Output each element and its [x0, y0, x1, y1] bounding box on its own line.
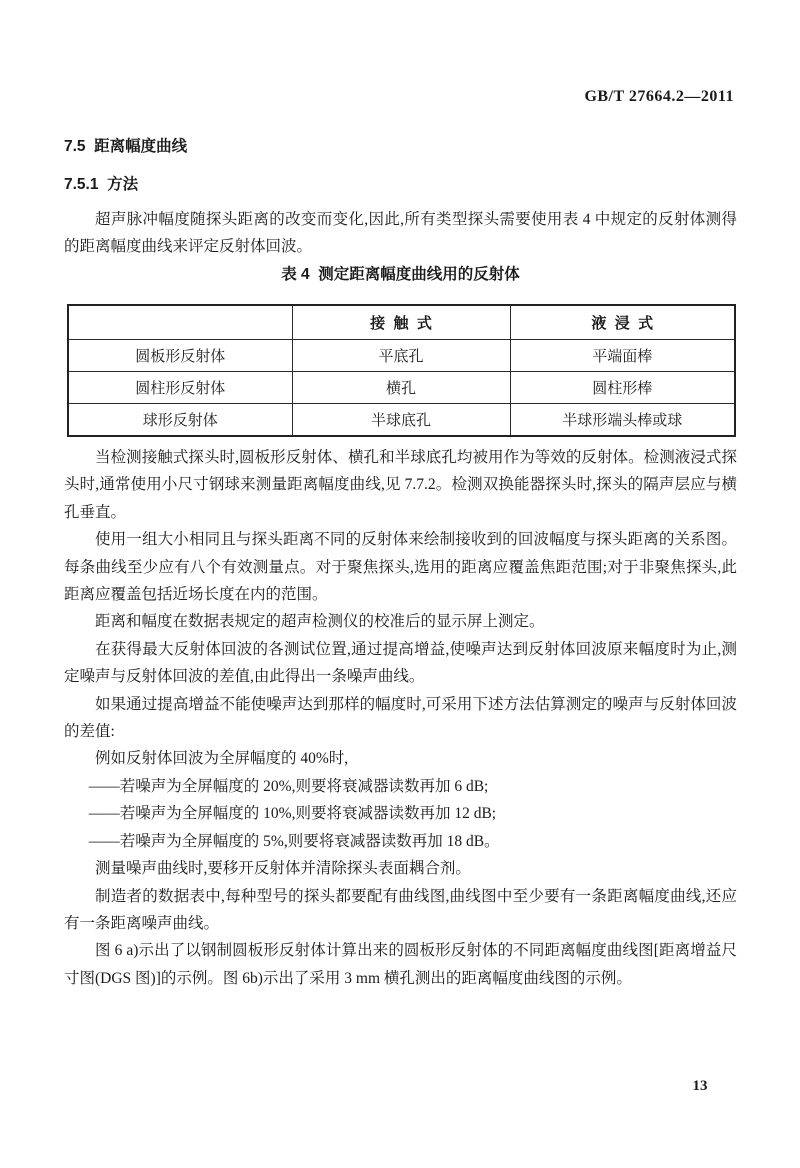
table-cell: 半球底孔: [292, 404, 510, 437]
table-cell: 平端面棒: [510, 340, 735, 372]
paragraph-intro: 超声脉冲幅度随探头距离的改变而变化,因此,所有类型探头需要使用表 4 中规定的反…: [64, 206, 737, 261]
subsection-heading: 7.5.1 方法: [64, 172, 138, 194]
table-header-cell-contact: 接 触 式: [292, 305, 510, 340]
table-caption: 表 4 测定距离幅度曲线用的反射体: [64, 262, 737, 284]
table-row: 圆板形反射体 平底孔 平端面棒: [68, 340, 735, 372]
paragraph-figure: 图 6 a)示出了以钢制圆板形反射体计算出来的圆板形反射体的不同距离幅度曲线图[…: [64, 937, 737, 992]
paragraph-manufacturer: 制造者的数据表中,每种型号的探头都要配有曲线图,曲线图中至少要有一条距离幅度曲线…: [64, 883, 737, 938]
table-cell: 横孔: [292, 372, 510, 404]
paragraph-example: 例如反射体回波为全屏幅度的 40%时,: [64, 745, 737, 772]
table-header-cell-empty: [68, 305, 292, 340]
table-cell: 圆柱形反射体: [68, 372, 292, 404]
dash-list-item: ——若噪声为全屏幅度的 10%,则要将衰减器读数再加 12 dB;: [64, 800, 737, 827]
section-heading: 7.5 距离幅度曲线: [64, 134, 187, 156]
dash-list-item: ——若噪声为全屏幅度的 20%,则要将衰减器读数再加 6 dB;: [64, 773, 737, 800]
document-page: GB/T 27664.2—2011 7.5 距离幅度曲线 7.5.1 方法 超声…: [0, 0, 800, 1168]
paragraph-contact: 当检测接触式探头时,圆板形反射体、横孔和半球底孔均被用作为等效的反射体。检测液浸…: [64, 444, 737, 526]
table-cell: 圆柱形棒: [510, 372, 735, 404]
paragraph-display: 距离和幅度在数据表规定的超声检测仪的校准后的显示屏上测定。: [64, 608, 737, 635]
table-header-row: 接 触 式 液 浸 式: [68, 305, 735, 340]
table-row: 圆柱形反射体 横孔 圆柱形棒: [68, 372, 735, 404]
paragraph-group: 使用一组大小相同且与探头距离不同的反射体来绘制接收到的回波幅度与探头距离的关系图…: [64, 526, 737, 608]
dash-list-item: ——若噪声为全屏幅度的 5%,则要将衰减器读数再加 18 dB。: [64, 828, 737, 855]
paragraph-noise-curve: 在获得最大反射体回波的各测试位置,通过提高增益,使噪声达到反射体回波原来幅度时为…: [64, 636, 737, 691]
table-cell: 球形反射体: [68, 404, 292, 437]
table-cell: 平底孔: [292, 340, 510, 372]
page-number: 13: [660, 1078, 740, 1095]
reflector-table: 接 触 式 液 浸 式 圆板形反射体 平底孔 平端面棒 圆柱形反射体 横孔 圆柱…: [67, 304, 736, 437]
paragraph-measure-noise: 测量噪声曲线时,要移开反射体并清除探头表面耦合剂。: [64, 855, 737, 882]
table-cell: 圆板形反射体: [68, 340, 292, 372]
body-paragraphs: 当检测接触式探头时,圆板形反射体、横孔和半球底孔均被用作为等效的反射体。检测液浸…: [64, 444, 737, 992]
table-header-cell-immersion: 液 浸 式: [510, 305, 735, 340]
intro-paragraph-block: 超声脉冲幅度随探头距离的改变而变化,因此,所有类型探头需要使用表 4 中规定的反…: [64, 206, 737, 261]
standard-code: GB/T 27664.2—2011: [584, 88, 734, 106]
table-cell: 半球形端头棒或球: [510, 404, 735, 437]
paragraph-estimate: 如果通过提高增益不能使噪声达到那样的幅度时,可采用下述方法估算测定的噪声与反射体…: [64, 691, 737, 746]
table-row: 球形反射体 半球底孔 半球形端头棒或球: [68, 404, 735, 437]
